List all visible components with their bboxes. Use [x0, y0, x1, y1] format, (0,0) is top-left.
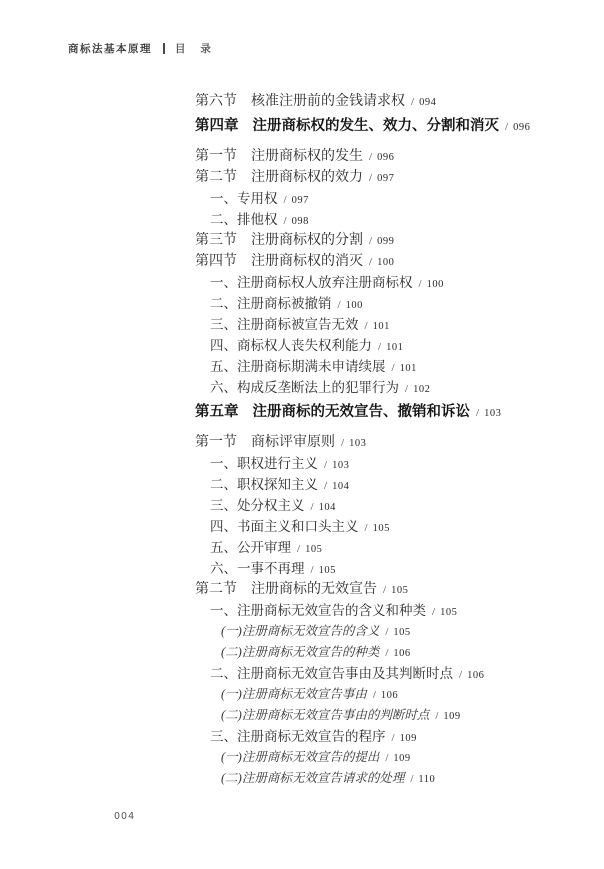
toc-entry-title: 注册商标被撤销: [237, 293, 332, 314]
toc-entry-label: 四、: [210, 335, 237, 356]
toc-entry-page-ref: 109: [393, 748, 410, 769]
toc-entry-label: (二): [221, 642, 242, 663]
toc-heading: 目 录: [175, 41, 217, 56]
toc-entry-title: 商标评审原则: [251, 432, 335, 453]
toc-entry-page-ref: 101: [386, 337, 403, 358]
toc-entry-label: 三、: [210, 495, 237, 516]
toc-entry-page-ref: 106: [393, 643, 410, 664]
toc-entry-label: (二): [221, 768, 242, 789]
toc-entry-section: 第一节商标评审原则/103: [195, 432, 585, 453]
toc-entry-separator: /: [505, 117, 508, 138]
toc-entry-subitem: (一)注册商标无效宣告的含义/105: [195, 621, 585, 642]
toc-entry-title: 职权探知主义: [237, 474, 318, 495]
toc-entry-label: 五、: [210, 537, 237, 558]
toc-entry-title: 注册商标的无效宣告: [251, 579, 377, 600]
toc-entry-separator: /: [383, 580, 386, 601]
toc-entry-title: 排他权: [237, 209, 278, 230]
toc-entry-title: 注册商标无效宣告的程序: [237, 726, 386, 747]
toc-entry-title: 注册商标权的分割: [251, 230, 363, 251]
toc-entry-title: 职权进行主义: [237, 453, 318, 474]
toc-entry-page-ref: 105: [440, 602, 457, 623]
toc-entry-separator: /: [365, 316, 368, 337]
toc-entry-separator: /: [410, 769, 413, 790]
toc-entry-label: 第四章: [195, 116, 239, 137]
toc-entry-label: 一、: [210, 600, 237, 621]
toc-entry-separator: /: [405, 379, 408, 400]
toc-entry-title: 注册商标无效宣告的含义和种类: [237, 600, 426, 621]
toc-entry-page-ref: 105: [319, 560, 336, 581]
toc-entry-separator: /: [369, 231, 372, 252]
toc-entry-separator: /: [419, 274, 422, 295]
toc-entry-page-ref: 100: [346, 295, 363, 316]
toc-entry-page-ref: 105: [305, 539, 322, 560]
toc-entry-separator: /: [385, 622, 388, 643]
toc-entry-page-ref: 103: [349, 433, 366, 454]
toc-entry-separator: /: [341, 433, 344, 454]
toc-entry-label: 三、: [210, 726, 237, 747]
toc-entry-label: 第六节: [195, 91, 237, 112]
toc-entry-item: 六、构成反垄断法上的犯罪行为/102: [195, 377, 585, 398]
toc-entry-label: 一、: [210, 453, 237, 474]
toc-entry-item: 二、注册商标无效宣告事由及其判断时点/106: [195, 663, 585, 684]
toc-entry-item: 五、注册商标期满未申请续展/101: [195, 356, 585, 377]
toc-entry-subitem: (一)注册商标无效宣告事由/106: [195, 684, 585, 705]
toc-entry-page-ref: 097: [292, 190, 309, 211]
toc-entry-separator: /: [476, 403, 479, 424]
toc-entry-item: 六、一事不再理/105: [195, 558, 585, 579]
toc-entry-separator: /: [365, 518, 368, 539]
toc-entry-page-ref: 102: [413, 379, 430, 400]
toc-entry-item: 一、职权进行主义/103: [195, 453, 585, 474]
toc-entry-item: 二、排他权/098: [195, 209, 585, 230]
toc-entry-page-ref: 099: [377, 231, 394, 252]
toc-entry-label: 第一节: [195, 432, 237, 453]
toc-entry-separator: /: [435, 706, 438, 727]
toc-entry-label: 第二节: [195, 579, 237, 600]
toc-entry-page-ref: 097: [377, 168, 394, 189]
toc-entry-section: 第一节注册商标权的发生/096: [195, 146, 585, 167]
toc-entry-title: 注册商标无效宣告请求的处理: [242, 768, 405, 789]
toc-entry-separator: /: [284, 190, 287, 211]
toc-entry-page-ref: 101: [400, 358, 417, 379]
toc-entry-page-ref: 096: [513, 117, 530, 138]
toc-entry-separator: /: [369, 147, 372, 168]
toc-entry-separator: /: [385, 748, 388, 769]
toc-entry-label: 一、: [210, 188, 237, 209]
toc-entry-section: 第二节注册商标的无效宣告/105: [195, 579, 585, 600]
toc-entry-title: 构成反垄断法上的犯罪行为: [237, 377, 399, 398]
toc-entry-title: 注册商标权的发生、效力、分割和消灭: [253, 116, 500, 137]
toc-entry-page-ref: 104: [319, 497, 336, 518]
toc-entry-separator: /: [411, 92, 414, 113]
toc-entry-subitem: (二)注册商标无效宣告的种类/106: [195, 642, 585, 663]
page-number: 004: [114, 811, 135, 822]
toc-entry-item: 二、职权探知主义/104: [195, 474, 585, 495]
toc-entry-chapter: 第五章注册商标的无效宣告、撤销和诉讼/103: [195, 402, 585, 423]
book-toc-page: { "colors": { "background": "#ffffff", "…: [0, 0, 604, 869]
toc-entry-separator: /: [297, 539, 300, 560]
toc-entry-page-ref: 110: [418, 769, 435, 790]
toc-entry-separator: /: [378, 337, 381, 358]
toc-entry-title: 书面主义和口头主义: [237, 516, 359, 537]
toc-entry-separator: /: [459, 665, 462, 686]
toc-entry-title: 公开审理: [237, 537, 291, 558]
toc-entry-label: 二、: [210, 663, 237, 684]
book-title: 商标法基本原理: [68, 41, 152, 56]
toc-entry-page-ref: 094: [419, 92, 436, 113]
toc-entry-title: 注册商标权的效力: [251, 167, 363, 188]
toc-entry-separator: /: [392, 728, 395, 749]
toc-entry-section: 第二节注册商标权的效力/097: [195, 167, 585, 188]
toc-entry-subitem: (二)注册商标无效宣告事由的判断时点/109: [195, 705, 585, 726]
toc-entry-label: 二、: [210, 209, 237, 230]
toc-entry-item: 二、注册商标被撤销/100: [195, 293, 585, 314]
toc-entry-title: 注册商标被宣告无效: [237, 314, 359, 335]
toc-entry-page-ref: 098: [292, 211, 309, 232]
toc-entry-title: 注册商标无效宣告事由: [242, 684, 367, 705]
toc-entry-separator: /: [284, 211, 287, 232]
toc-entry-label: 五、: [210, 356, 237, 377]
toc-entry-title: 注册商标无效宣告事由及其判断时点: [237, 663, 453, 684]
toc-entry-subitem: (一)注册商标无效宣告的提出/109: [195, 747, 585, 768]
toc-entry-page-ref: 106: [467, 665, 484, 686]
toc-entry-section: 第四节注册商标权的消灭/100: [195, 251, 585, 272]
toc-entry-separator: /: [432, 602, 435, 623]
toc-entry-title: 注册商标的无效宣告、撤销和诉讼: [253, 402, 471, 423]
toc-entry-subitem: (二)注册商标无效宣告请求的处理/110: [195, 768, 585, 789]
toc-entry-section: 第六节核准注册前的金钱请求权/094: [195, 91, 585, 112]
toc-entry-page-ref: 104: [332, 476, 349, 497]
toc-entry-page-ref: 100: [427, 274, 444, 295]
toc-entry-label: 四、: [210, 516, 237, 537]
toc-entry-title: 注册商标无效宣告事由的判断时点: [242, 705, 430, 726]
toc-list: 第六节核准注册前的金钱请求权/094第四章注册商标权的发生、效力、分割和消灭/0…: [195, 91, 585, 789]
toc-entry-label: 二、: [210, 293, 237, 314]
toc-entry-page-ref: 105: [393, 622, 410, 643]
toc-entry-item: 一、注册商标无效宣告的含义和种类/105: [195, 600, 585, 621]
toc-entry-separator: /: [311, 560, 314, 581]
toc-entry-title: 专用权: [237, 188, 278, 209]
toc-entry-separator: /: [369, 168, 372, 189]
toc-entry-title: 注册商标无效宣告的含义: [242, 621, 380, 642]
toc-entry-separator: /: [369, 252, 372, 273]
toc-entry-label: 第一节: [195, 146, 237, 167]
toc-entry-label: 六、: [210, 377, 237, 398]
toc-entry-title: 商标权人丧失权利能力: [237, 335, 372, 356]
running-header: 商标法基本原理 目 录: [68, 41, 217, 56]
toc-entry-label: 二、: [210, 474, 237, 495]
toc-entry-separator: /: [324, 476, 327, 497]
toc-entry-separator: /: [311, 497, 314, 518]
toc-entry-section: 第三节注册商标权的分割/099: [195, 230, 585, 251]
toc-entry-page-ref: 105: [391, 580, 408, 601]
toc-entry-title: 一事不再理: [237, 558, 305, 579]
toc-entry-item: 四、商标权人丧失权利能力/101: [195, 335, 585, 356]
toc-entry-item: 一、注册商标权人放弃注册商标权/100: [195, 272, 585, 293]
toc-entry-item: 四、书面主义和口头主义/105: [195, 516, 585, 537]
toc-entry-label: (一): [221, 684, 242, 705]
header-divider-line: [163, 43, 165, 54]
toc-entry-label: (二): [221, 705, 242, 726]
toc-entry-label: 三、: [210, 314, 237, 335]
toc-entry-item: 三、注册商标无效宣告的程序/109: [195, 726, 585, 747]
toc-entry-page-ref: 109: [443, 706, 460, 727]
toc-entry-page-ref: 101: [373, 316, 390, 337]
toc-entry-separator: /: [324, 455, 327, 476]
toc-entry-separator: /: [338, 295, 341, 316]
toc-entry-title: 核准注册前的金钱请求权: [251, 91, 405, 112]
toc-entry-title: 注册商标权的发生: [251, 146, 363, 167]
toc-entry-separator: /: [373, 685, 376, 706]
toc-entry-label: 一、: [210, 272, 237, 293]
toc-entry-page-ref: 103: [484, 403, 501, 424]
toc-entry-item: 三、处分权主义/104: [195, 495, 585, 516]
toc-entry-title: 处分权主义: [237, 495, 305, 516]
toc-entry-chapter: 第四章注册商标权的发生、效力、分割和消灭/096: [195, 116, 585, 137]
toc-entry-page-ref: 103: [332, 455, 349, 476]
toc-entry-label: 六、: [210, 558, 237, 579]
toc-entry-separator: /: [392, 358, 395, 379]
toc-entry-separator: /: [385, 643, 388, 664]
toc-entry-item: 五、公开审理/105: [195, 537, 585, 558]
toc-entry-page-ref: 105: [373, 518, 390, 539]
toc-entry-item: 三、注册商标被宣告无效/101: [195, 314, 585, 335]
toc-entry-title: 注册商标无效宣告的提出: [242, 747, 380, 768]
toc-entry-page-ref: 100: [377, 252, 394, 273]
toc-entry-title: 注册商标权的消灭: [251, 251, 363, 272]
toc-entry-title: 注册商标期满未申请续展: [237, 356, 386, 377]
toc-entry-title: 注册商标权人放弃注册商标权: [237, 272, 413, 293]
toc-entry-page-ref: 096: [377, 147, 394, 168]
toc-entry-label: 第三节: [195, 230, 237, 251]
toc-entry-item: 一、专用权/097: [195, 188, 585, 209]
toc-entry-page-ref: 106: [381, 685, 398, 706]
toc-entry-label: (一): [221, 621, 242, 642]
toc-entry-page-ref: 109: [400, 728, 417, 749]
toc-entry-label: (一): [221, 747, 242, 768]
toc-entry-title: 注册商标无效宣告的种类: [242, 642, 380, 663]
toc-entry-label: 第五章: [195, 402, 239, 423]
toc-entry-label: 第二节: [195, 167, 237, 188]
toc-entry-label: 第四节: [195, 251, 237, 272]
